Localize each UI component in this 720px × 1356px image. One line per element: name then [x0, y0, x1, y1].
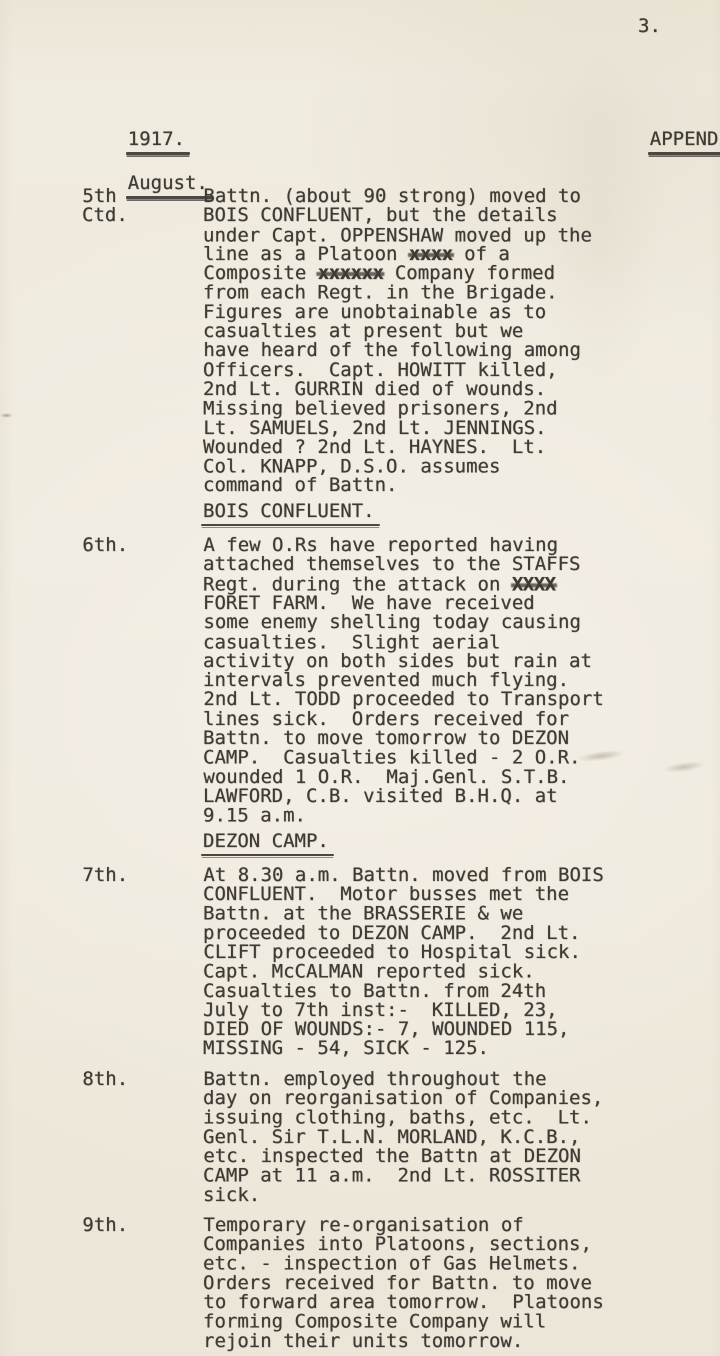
section-heading-text: BOIS CONFLUENT. — [203, 502, 375, 521]
year-text: 1917. — [128, 130, 185, 149]
diary-entry: 7th.At 8.30 a.m. Battn. moved from BOISC… — [82, 866, 712, 1059]
struck-out-text: XXXX — [512, 573, 556, 595]
entry-line: 9.15 a.m. — [203, 807, 712, 826]
entry-text: Temporary re-organisation ofCompanies in… — [203, 1216, 712, 1351]
entry-line: forming Composite Company will — [203, 1313, 712, 1332]
entry-date: 6th. — [82, 536, 203, 825]
entry-line: etc. inspected the Battn at DEZON — [203, 1147, 712, 1166]
entry-date: 8th. — [82, 1070, 203, 1205]
entry-line: Battn. (about 90 strong) moved to — [203, 187, 712, 206]
appendix-label: APPENDIX. — [604, 111, 720, 169]
entry-date: 7th. — [82, 866, 203, 1059]
entry-line: At 8.30 a.m. Battn. moved from BOIS — [203, 866, 712, 885]
entry-line: command of Battn. — [203, 476, 712, 495]
entry-line: MISSING - 54, SICK - 125. — [203, 1039, 712, 1058]
entry-line: Companies into Platoons, sections, — [203, 1235, 712, 1254]
entry-line: CAMP at 11 a.m. 2nd Lt. ROSSITER — [203, 1167, 712, 1186]
entry-line: A few O.Rs have reported having — [203, 536, 712, 555]
entry-line: Casualties to Battn. from 24th — [203, 982, 712, 1001]
entry-text: Battn. (about 90 strong) moved toBOIS CO… — [203, 187, 712, 496]
section-heading: DEZON CAMP. — [203, 832, 712, 851]
entry-line: 2nd Lt. GURRIN died of wounds. — [203, 380, 712, 399]
diary-entry: 9th.Temporary re-organisation ofCompanie… — [82, 1216, 712, 1351]
page-number: 3. — [638, 17, 661, 36]
diary-entry: 6th.A few O.Rs have reported havingattac… — [82, 536, 712, 825]
entry-line: casualties. Slight aerial — [203, 633, 712, 652]
section-heading-text: DEZON CAMP. — [203, 832, 329, 851]
entry-line: sick. — [203, 1186, 712, 1205]
appendix-text: APPENDIX. — [650, 130, 720, 149]
entry-line: Regt. during the attack on XXXX — [203, 575, 712, 594]
entry-line: LAWFORD, C.B. visited B.H.Q. at — [203, 787, 712, 806]
entry-line: Temporary re-organisation of — [203, 1216, 712, 1235]
entry-line: issuing clothing, baths, etc. Lt. — [203, 1109, 712, 1128]
entry-line: Battn. at the BRASSERIE & we — [203, 905, 712, 924]
entry-line: CONFLUENT. Motor busses met the — [203, 885, 712, 904]
entry-text: At 8.30 a.m. Battn. moved from BOISCONFL… — [203, 866, 712, 1059]
section-heading: BOIS CONFLUENT. — [203, 502, 712, 521]
entry-line: have heard of the following among — [203, 341, 712, 360]
entry-line: Col. KNAPP, D.S.O. assumes — [203, 458, 712, 477]
margin-speck-mark — [0, 413, 13, 418]
entry-line: CLIFT proceeded to Hospital sick. — [203, 943, 712, 962]
entry-line: some enemy shelling today causing — [203, 613, 712, 632]
diary-entries: 5thCtd.Battn. (about 90 strong) moved to… — [82, 187, 712, 1351]
entry-line: Capt. McCALMAN reported sick. — [203, 963, 712, 982]
entry-line: Wounded ? 2nd Lt. HAYNES. Lt. — [203, 438, 712, 457]
entry-line: 2nd Lt. TODD proceeded to Transport — [203, 690, 712, 709]
diary-entry: 8th.Battn. employed throughout theday on… — [82, 1070, 712, 1205]
entry-line: Composite xxxxxx Company formed — [203, 264, 712, 283]
entry-line: day on reorganisation of Companies, — [203, 1089, 712, 1108]
diary-page: 3. 1917. APPENDIX. August. 5thCtd.Battn.… — [0, 0, 720, 1356]
entry-line: BOIS CONFLUENT, but the details — [203, 206, 712, 225]
diary-entry: 5thCtd.Battn. (about 90 strong) moved to… — [82, 187, 712, 496]
entry-line: rejoin their units tomorrow. — [203, 1332, 712, 1351]
entry-line: under Capt. OPPENSHAW moved up the — [203, 226, 712, 245]
entry-date: 9th. — [82, 1216, 203, 1351]
entry-line: etc. - inspection of Gas Helmets. — [203, 1255, 712, 1274]
entry-line: Lt. SAMUELS, 2nd Lt. JENNINGS. — [203, 419, 712, 438]
entry-line: to forward area tomorrow. Platoons — [203, 1293, 712, 1312]
entry-line: DIED OF WOUNDS:- 7, WOUNDED 115, — [203, 1020, 712, 1039]
entry-line: wounded 1 O.R. Maj.Genl. S.T.B. — [203, 768, 712, 787]
entry-text: A few O.Rs have reported havingattached … — [203, 536, 712, 825]
entry-date: 5thCtd. — [82, 187, 203, 496]
entry-line: from each Regt. in the Brigade. — [203, 284, 712, 303]
entry-text: Battn. employed throughout theday on reo… — [203, 1070, 712, 1205]
entry-line: attached themselves to the STAFFS — [203, 555, 712, 574]
entry-line: Battn. employed throughout the — [203, 1070, 712, 1089]
entry-line: Battn. to move tomorrow to DEZON — [203, 729, 712, 748]
